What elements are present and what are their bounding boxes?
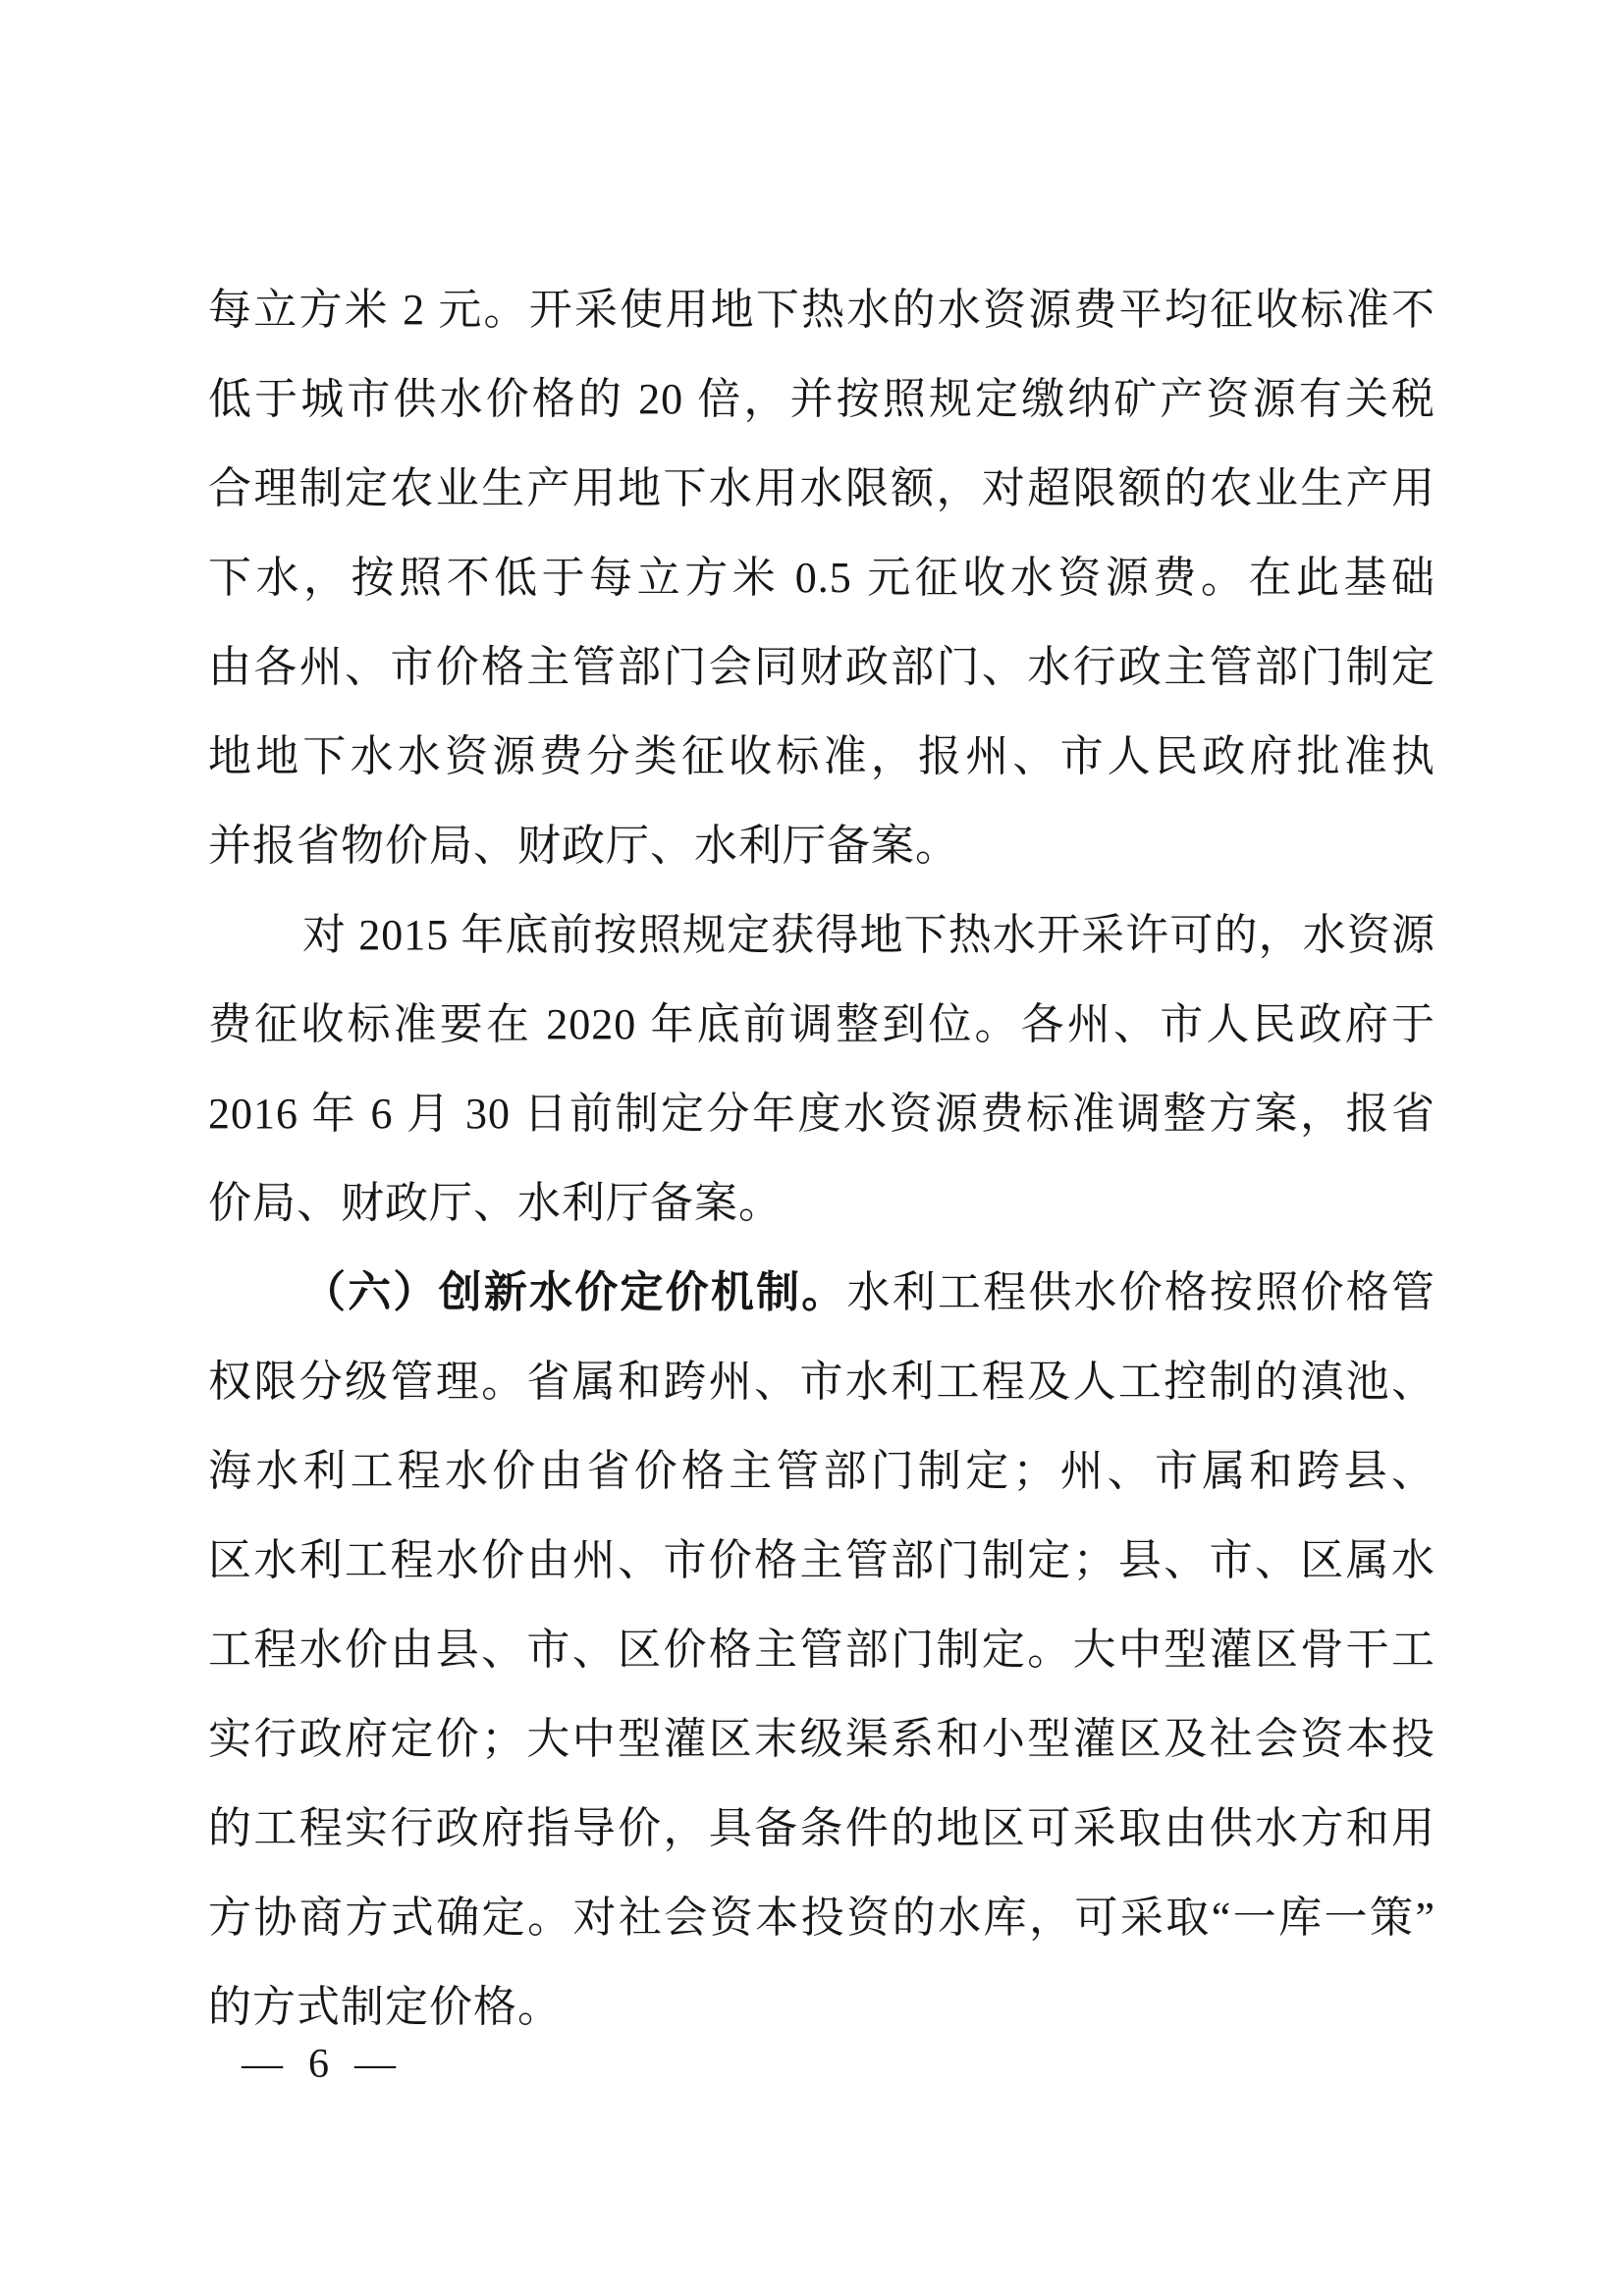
text-line: 海水利工程水价由省价格主管部门制定；州、市属和跨县、市、: [208, 1426, 1435, 1516]
text-line: 费征收标准要在 2020 年底前调整到位。各州、市人民政府于: [208, 980, 1435, 1069]
text-line: 工程水价由县、市、区价格主管部门制定。大中型灌区骨干工程: [208, 1605, 1435, 1694]
text-line: 权限分级管理。省属和跨州、市水利工程及人工控制的滇池、洱: [208, 1337, 1435, 1426]
text-line: 合理制定农业生产用地下水用水限额，对超限额的农业生产用地: [208, 444, 1435, 533]
footer-dash-right: —: [354, 2044, 396, 2085]
text-line: 区水利工程水价由州、市价格主管部门制定；县、市、区属水利: [208, 1516, 1435, 1605]
text-line: 实行政府定价；大中型灌区末级渠系和小型灌区及社会资本投资: [208, 1694, 1435, 1784]
text-line: 并报省物价局、财政厅、水利厅备案。: [208, 801, 1435, 890]
text-line: 地地下水水资源费分类征收标准，报州、市人民政府批准执行，: [208, 712, 1435, 801]
document-body: 每立方米 2 元。开采使用地下热水的水资源费平均征收标准不得低于城市供水价格的 …: [208, 265, 1435, 2052]
text-line: 方协商方式确定。对社会资本投资的水库，可采取“一库一策”: [208, 1873, 1435, 1962]
text-line: 价局、财政厅、水利厅备案。: [208, 1158, 1435, 1248]
text-line: 每立方米 2 元。开采使用地下热水的水资源费平均征收标准不得: [208, 265, 1435, 354]
page-number: 6: [308, 2044, 329, 2085]
page-footer: — 6 —: [242, 2044, 396, 2085]
text-line: 的方式制定价格。: [208, 1962, 1435, 2052]
text-line: 2016 年 6 月 30 日前制定分年度水资源费标准调整方案，报省物: [208, 1069, 1435, 1158]
text-line: 由各州、市价格主管部门会同财政部门、水行政主管部门制定当: [208, 622, 1435, 712]
text-line: 对 2015 年底前按照规定获得地下热水开采许可的，水资源: [208, 890, 1435, 980]
text-line: 下水，按照不低于每立方米 0.5 元征收水资源费。在此基础上，: [208, 533, 1435, 622]
text-line: 的工程实行政府指导价，具备条件的地区可采取由供水方和用水: [208, 1784, 1435, 1873]
text-line: 低于城市供水价格的 20 倍，并按照规定缴纳矿产资源有关税费。: [208, 354, 1435, 444]
footer-dash-left: —: [242, 2044, 283, 2085]
section-heading: （六）创新水价定价机制。: [302, 1268, 847, 1316]
text-line-with-heading: （六）创新水价定价机制。水利工程供水价格按照价格管理: [208, 1248, 1435, 1337]
document-page: 每立方米 2 元。开采使用地下热水的水资源费平均征收标准不得低于城市供水价格的 …: [0, 0, 1624, 2296]
